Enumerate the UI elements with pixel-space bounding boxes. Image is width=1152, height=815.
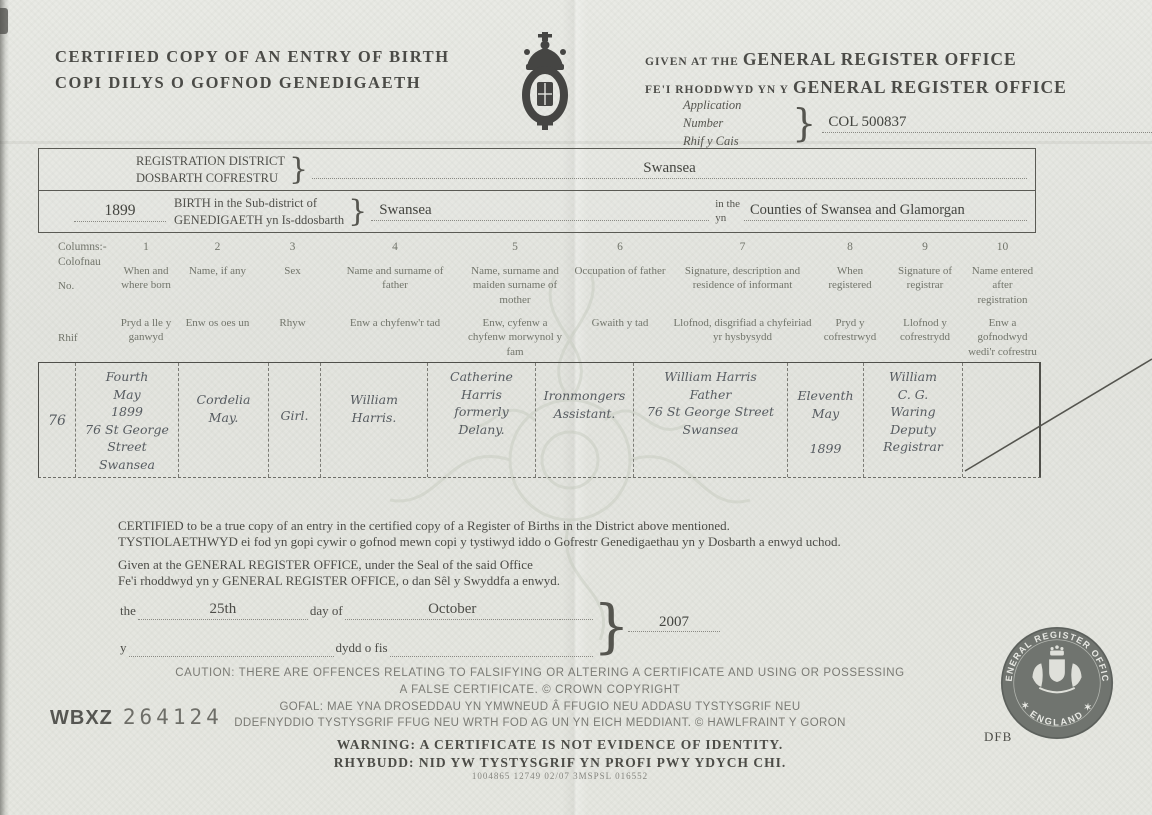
registration-district-label-en: REGISTRATION DISTRICT [136,153,285,169]
sub-district-row: 1899 BIRTH in the Sub-district of GENEDI… [39,191,1035,232]
registration-district-row: REGISTRATION DISTRICT DOSBARTH COFRESTRU… [39,149,1035,191]
dydd-o-fis-label: dydd o fis [334,640,390,657]
certificate-serial-number: WBXZ 264124 [50,705,223,730]
identity-warning: WARNING: A CERTIFICATE IS NOT EVIDENCE O… [40,736,1080,772]
columns-label-cell: Columns:- Colofnau No. Rhif [38,240,112,359]
application-number-row: Application Number Rhif y Cais } COL 500… [683,96,1152,150]
date-of-issue: the 25th day of October y dydd o fis [118,598,593,657]
register-entry-row: 76 Fourth May 1899 76 St George Street S… [38,362,1041,478]
caution-notice-cy: GOFAL: MAE YNA DROSEDDAU YN YMWNEUD Â FF… [120,700,960,731]
the-label: the [118,603,138,620]
application-number-value: COL 500837 [822,114,1152,133]
certified-line-cy: TYSTIOLAETHWYD ei fod yn gopi cywir o go… [118,534,1038,550]
royal-crest-icon [516,30,574,136]
issuing-office-title: GIVEN AT THE GENERAL REGISTER OFFICE FE'… [645,46,1067,102]
given-at-prefix-cy: FE'I RHODDWYD YN Y [645,84,789,96]
registration-district-value: Swansea [312,160,1027,179]
county-value: Counties of Swansea and Glamorgan [744,202,1027,221]
brace-glyph: } [348,194,367,229]
document-title-cy: COPI DILYS O GOFNOD GENEDIGAETH [55,70,450,96]
document-title-en: CERTIFIED COPY OF AN ENTRY OF BIRTH [55,44,450,70]
gro-embossed-seal: GENERAL REGISTER OFFICE ✶ ENGLAND ✶ [998,624,1116,742]
dotted-rule [390,655,594,657]
scan-corner-mark [0,8,8,34]
document-title: CERTIFIED COPY OF AN ENTRY OF BIRTH COPI… [55,44,450,97]
registration-district-box: REGISTRATION DISTRICT DOSBARTH COFRESTRU… [38,148,1036,233]
issue-year-value: 2007 [628,614,720,632]
no-label-en: No. [58,279,109,331]
year-value: 1899 [74,202,166,222]
entry-number-cell: 76 [39,363,76,477]
entry-registrar-cell: William C. G. Waring Deputy Registrar [864,363,963,477]
birth-subdistrict-label-en: BIRTH in the Sub-district of [174,195,344,211]
given-at-office-en: GENERAL REGISTER OFFICE [743,49,1017,69]
brace-glyph: } [792,101,816,145]
column-header-3: 3 Sex Rhyw [255,240,330,359]
entry-sex-cell: Girl. [269,363,321,477]
column-header-6: 6 Occupation of father Gwaith y tad [570,240,670,359]
column-header-9: 9 Signature of registrar Llofnod y cofre… [885,240,965,359]
column-header-5: 5 Name, surname and maiden surname of mo… [460,240,570,359]
caution-notice-en: CAUTION: THERE ARE OFFENCES RELATING TO … [120,665,960,698]
column-header-2: 2 Name, if any Enw os oes un [180,240,255,359]
given-line-cy: Fe'i rhoddwyd yn y GENERAL REGISTER OFFI… [118,573,1038,589]
entry-mother-cell: Catherine Harris formerly Delany. [428,363,536,477]
serial-digits: 264124 [123,705,223,729]
dotted-rule [560,618,593,620]
print-code: 1004865 12749 02/07 3MSPSL 016552 [40,771,1080,781]
registration-district-label-cy: DOSBARTH COFRESTRU [136,170,285,186]
columns-label-cy: Colofnau [58,256,101,268]
in-the-label-cy: yn [715,212,740,226]
column-header-4: 4 Name and surname of father Enw a chyfe… [330,240,460,359]
column-header-8: 8 When registered Pryd y cofrestrwyd [815,240,885,359]
column-header-10: 10 Name entered after registration Enw a… [965,240,1040,359]
subdistrict-value: Swansea [371,202,709,221]
warning-line-en: WARNING: A CERTIFICATE IS NOT EVIDENCE O… [40,736,1080,754]
brace-glyph: } [593,592,630,660]
brace-glyph: } [289,152,308,187]
warning-line-cy: RHYBUDD: NID YW TYSTYSGRIF YN PROFI PWY … [40,754,1080,772]
entry-name-after-registration-cell [963,363,1041,477]
given-line-en: Given at the GENERAL REGISTER OFFICE, un… [118,557,1038,573]
no-label-cy: Rhif [58,331,109,345]
y-label: y [118,640,129,657]
entry-father-cell: William Harris. [321,363,428,477]
given-at-office-cy: GENERAL REGISTER OFFICE [793,77,1067,97]
in-the-label-en: in the [715,198,740,212]
given-at-prefix-en: GIVEN AT THE [645,56,739,68]
issue-month-value: October [345,601,560,620]
entry-when-where-born-cell: Fourth May 1899 76 St George Street Swan… [76,363,179,477]
serial-prefix: WBXZ [50,707,113,730]
entry-name-cell: Cordelia May. [179,363,269,477]
scan-left-edge-shadow [0,0,9,815]
issue-day-value: 25th [138,601,308,620]
entry-occupation-cell: Ironmongers Assistant. [536,363,634,477]
dotted-rule [129,655,334,657]
column-headers: Columns:- Colofnau No. Rhif 1 When and w… [38,240,1040,359]
birth-certificate-document: CERTIFIED COPY OF AN ENTRY OF BIRTH COPI… [0,0,1152,815]
dfb-code: DFB [984,729,1012,745]
application-number-label-en: Application Number [683,96,782,132]
columns-label-en: Columns:- [58,241,107,253]
entry-informant-cell: William Harris Father 76 St George Stree… [634,363,788,477]
entry-when-registered-cell: Eleventh May 1899 [788,363,864,477]
certification-statement: CERTIFIED to be a true copy of an entry … [118,518,1038,588]
certified-line-en: CERTIFIED to be a true copy of an entry … [118,518,1038,534]
column-header-1: 1 When and where born Pryd a lle y ganwy… [112,240,180,359]
day-of-label: day of [308,603,345,620]
birth-subdistrict-label-cy: GENEDIGAETH yn Is-ddosbarth [174,212,344,228]
column-header-7: 7 Signature, description and residence o… [670,240,815,359]
